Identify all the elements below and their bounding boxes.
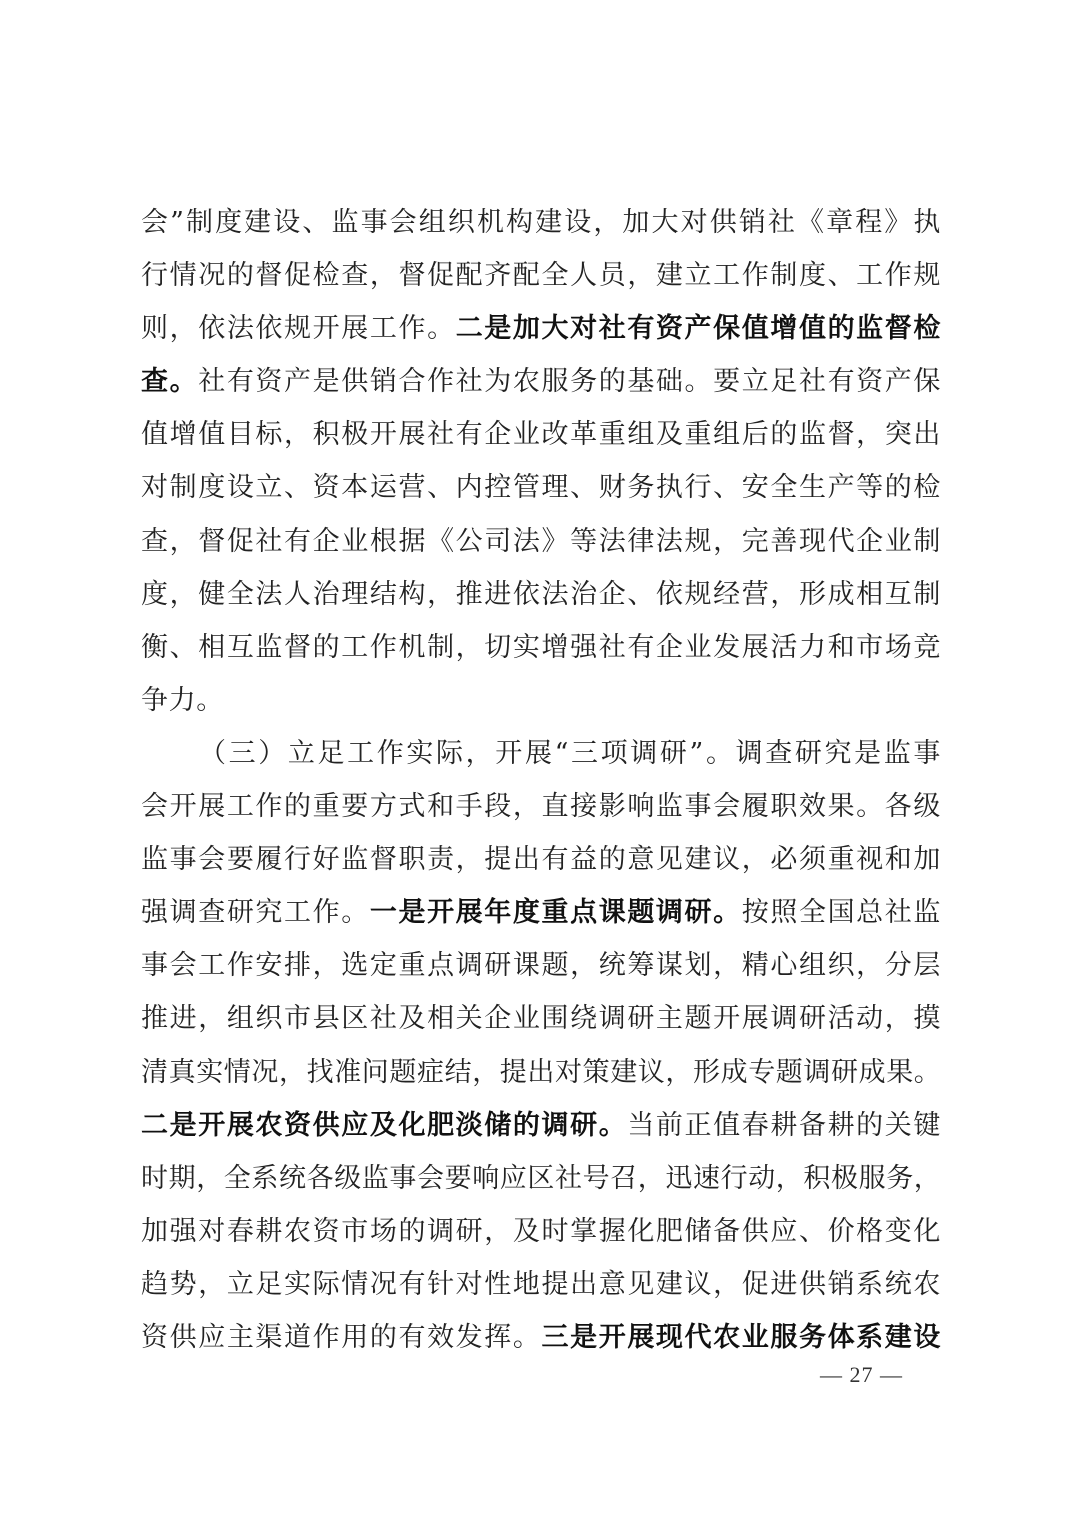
text-line: 趋势，立足实际情况有针对性地提出意见建议，促进供销系统农	[141, 1258, 941, 1311]
text-line: 事会工作安排，选定重点调研课题，统筹谋划，精心组织，分层	[141, 939, 941, 992]
text-line: 会”制度建设、监事会组织机构建设，加大对供销社《章程》执	[141, 196, 941, 249]
text-line: 时期，全系统各级监事会要响应区社号召，迅速行动，积极服务，	[141, 1152, 941, 1205]
bold-heading: 二是开展农资供应及化肥淡储的调研。	[141, 1110, 627, 1141]
text-line: 争力。	[141, 674, 941, 727]
body-text: 会”制度建设、监事会组织机构建设，加大对供销社《章程》执 行情况的督促检查，督促…	[141, 196, 941, 1364]
text-line: 加强对春耕农资市场的调研，及时掌握化肥储备供应、价格变化	[141, 1205, 941, 1258]
text-line: 行情况的督促检查，督促配齐配全人员，建立工作制度、工作规	[141, 249, 941, 302]
text-line: 查，督促社有企业根据《公司法》等法律法规，完善现代企业制	[141, 515, 941, 568]
text-line: 度，健全法人治理结构，推进依法治企、依规经营，形成相互制	[141, 568, 941, 621]
text-line: 监事会要履行好监督职责，提出有益的意见建议，必须重视和加	[141, 833, 941, 886]
text-line: 清真实情况，找准问题症结，提出对策建议，形成专题调研成果。	[141, 1046, 941, 1099]
text-line: 则，依法依规开展工作。二是加大对社有资产保值增值的监督检	[141, 302, 941, 355]
bold-heading: 一是开展年度重点课题调研。	[370, 897, 742, 928]
bold-heading: 三是开展现代农业服务体系建设	[542, 1322, 942, 1353]
bold-heading: 查。	[141, 366, 198, 397]
document-page: 会”制度建设、监事会组织机构建设，加大对供销社《章程》执 行情况的督促检查，督促…	[0, 0, 1075, 1520]
text-line: 二是开展农资供应及化肥淡储的调研。当前正值春耕备耕的关键	[141, 1099, 941, 1152]
page-number: — 27 —	[820, 1362, 903, 1388]
section-heading-line: （三）立足工作实际，开展“三项调研”。调查研究是监事	[141, 727, 941, 780]
text-line: 对制度设立、资本运营、内控管理、财务执行、安全生产等的检	[141, 461, 941, 514]
text-line: 值增值目标，积极开展社有企业改革重组及重组后的监督，突出	[141, 408, 941, 461]
text-line: 会开展工作的重要方式和手段，直接影响监事会履职效果。各级	[141, 780, 941, 833]
text-line: 推进，组织市县区社及相关企业围绕调研主题开展调研活动，摸	[141, 992, 941, 1045]
text-line: 强调查研究工作。一是开展年度重点课题调研。按照全国总社监	[141, 886, 941, 939]
text-line: 资供应主渠道作用的有效发挥。三是开展现代农业服务体系建设	[141, 1311, 941, 1364]
text-line: 衡、相互监督的工作机制，切实增强社有企业发展活力和市场竞	[141, 621, 941, 674]
bold-heading: 二是加大对社有资产保值增值的监督检	[456, 313, 941, 344]
text-line: 查。社有资产是供销合作社为农服务的基础。要立足社有资产保	[141, 355, 941, 408]
